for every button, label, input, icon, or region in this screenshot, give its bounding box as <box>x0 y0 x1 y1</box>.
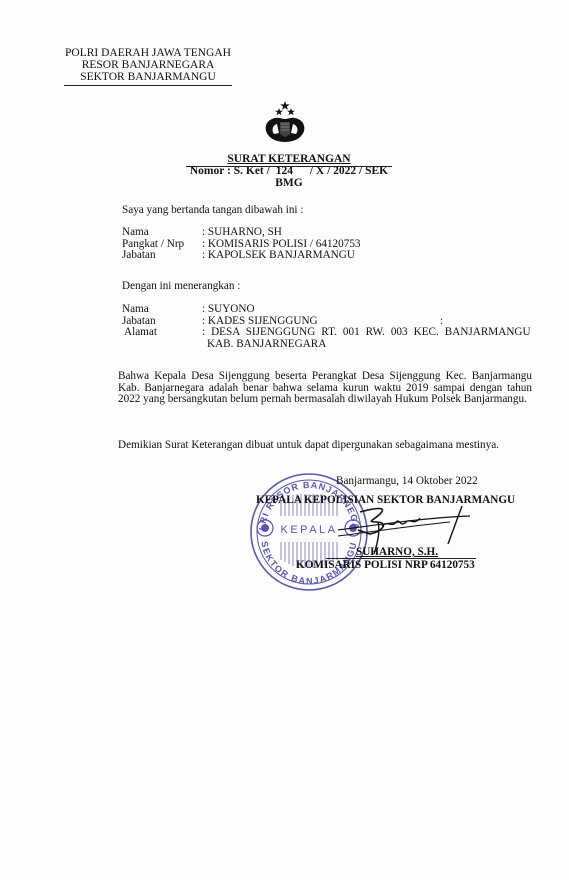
document-title: SURAT KETERANGAN <box>186 153 392 165</box>
document-title-block: SURAT KETERANGAN Nomor : S. Ket / 124 / … <box>186 153 392 189</box>
signer-name: SUHARNO, S.H. <box>356 546 438 558</box>
stray-colon: : <box>440 315 443 327</box>
subject-details: Nama: SUYONO Jabatan: KADES SIJENGGUNG: … <box>122 303 531 349</box>
field-label: Jabatan <box>122 249 202 261</box>
subject-row-address-cont: KAB. BANJARNEGARA <box>122 338 531 350</box>
signer-details: Nama: SUHARNO, SH Pangkat / Nrp: KOMISAR… <box>122 226 361 261</box>
field-label: Nama <box>122 226 202 238</box>
letterhead-line-2: RESOR BANJARNEGARA <box>62 59 234 71</box>
signer-row-name: Nama: SUHARNO, SH <box>122 226 361 238</box>
subject-row-address: Alamat: DESA SIJENGGUNG RT. 001 RW. 003 … <box>122 326 531 338</box>
stamp-middle-text: KEPALA <box>281 524 338 536</box>
letterhead: POLRI DAERAH JAWA TENGAH RESOR BANJARNEG… <box>62 47 234 83</box>
field-label: Pangkat / Nrp <box>122 238 202 250</box>
field-value: : SUYONO <box>202 303 255 315</box>
field-label: Alamat <box>122 326 202 338</box>
field-label: Jabatan <box>122 315 202 327</box>
field-value: : SUHARNO, SH <box>202 226 282 238</box>
signer-rank-nrp: KOMISARIS POLISI NRP 64120753 <box>296 559 475 571</box>
body-paragraph: Bahwa Kepala Desa Sijenggung beserta Per… <box>118 371 532 406</box>
subject-row-position: Jabatan: KADES SIJENGGUNG: <box>122 315 531 327</box>
document-number: Nomor : S. Ket / 124 / X / 2022 / SEK BM… <box>186 165 392 189</box>
letterhead-line-1: POLRI DAERAH JAWA TENGAH <box>62 47 234 59</box>
signer-row-position: Jabatan: KAPOLSEK BANJARMANGU <box>122 249 361 261</box>
nomor-suffix: / X / 2022 / SEK BMG <box>275 165 388 189</box>
field-value: : DESA SIJENGGUNG RT. 001 RW. 003 KEC. B… <box>202 326 531 338</box>
police-crest-icon <box>263 100 307 148</box>
field-value: : KAPOLSEK BANJARMANGU <box>202 249 355 261</box>
statement-intro: Dengan ini menerangkan : <box>122 280 240 292</box>
place-date: Banjarmangu, 14 Oktober 2022 <box>336 475 478 487</box>
field-value: : KADES SIJENGGUNG <box>202 315 318 327</box>
title-divider <box>186 166 392 167</box>
letterhead-line-3: SEKTOR BANJARMANGU <box>62 71 234 83</box>
closing-sentence: Demikian Surat Keterangan dibuat untuk d… <box>118 439 499 451</box>
signer-row-rank: Pangkat / Nrp: KOMISARIS POLISI / 641207… <box>122 238 361 250</box>
field-value: KAB. BANJARNEGARA <box>202 338 326 350</box>
field-label: Nama <box>122 303 202 315</box>
field-value: : KOMISARIS POLISI / 64120753 <box>202 238 361 250</box>
intro-text: Saya yang bertanda tangan dibawah ini : <box>122 204 303 216</box>
subject-row-name: Nama: SUYONO <box>122 303 531 315</box>
letterhead-divider <box>64 85 232 86</box>
